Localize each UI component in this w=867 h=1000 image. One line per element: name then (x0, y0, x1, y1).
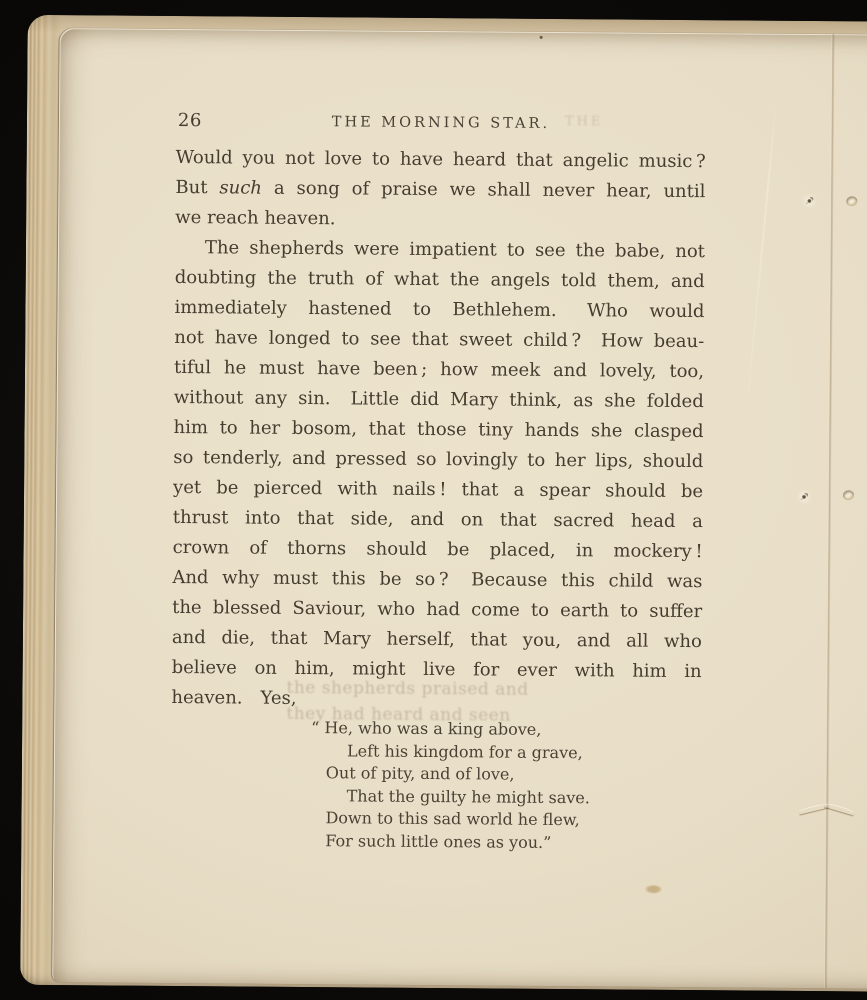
text-segment: a song of praise we shall never hear, un… (262, 178, 706, 202)
paper-dot (540, 36, 543, 39)
poem-line: “ He, who was a king above, (311, 717, 701, 743)
scanner-background: the shepherds praised and they had heard… (0, 0, 867, 1000)
poem-line: Down to this sad world he flew, (310, 807, 700, 833)
text-line: crown of thorns should be placed, in moc… (172, 533, 702, 567)
poem-line: For such little ones as you.” (310, 830, 700, 856)
text-line: doubting the truth of what the angels to… (175, 263, 705, 297)
running-title: THE MORNING STAR. (176, 111, 706, 135)
text-line: not have longed to see that sweet child … (174, 323, 704, 357)
paper-dimple (846, 196, 857, 206)
text-line: heaven. Yes, (171, 683, 701, 717)
text-segment: But (175, 177, 219, 198)
page-fold-crease (824, 34, 834, 988)
text-line: him to her bosom, that those tiny hands … (173, 413, 703, 447)
poem-line: That the guilty he might save. (311, 785, 701, 811)
page-header: 26 THE MORNING STAR. (176, 111, 706, 135)
poem-line: Out of pity, and of love, (311, 762, 701, 788)
body-text: Would you not love to have heard that an… (171, 143, 705, 717)
text-line: immediately hastened to Bethlehem. Who w… (174, 293, 704, 327)
text-line: yet be pierced with nails ! that a spear… (173, 473, 703, 507)
text-line: without any sin. Little did Mary think, … (174, 383, 704, 417)
paper-stain (645, 885, 662, 894)
italic-word: such (219, 177, 262, 198)
printed-content: 26 THE MORNING STAR. Would you not love … (170, 111, 706, 855)
paper-dimple (843, 490, 854, 500)
text-line: Would you not love to have heard that an… (176, 143, 706, 177)
text-line: And why must this be so ? Because this c… (172, 563, 702, 597)
page-surface: the shepherds praised and they had heard… (52, 28, 867, 989)
text-line: But such a song of praise we shall never… (175, 173, 705, 207)
text-line: and die, that Mary herself, that you, an… (172, 623, 702, 657)
text-line: thrust into that side, and on that sacre… (173, 503, 703, 537)
paper-scratch (747, 102, 776, 393)
paper-speck (806, 198, 812, 204)
poem-quotation: “ He, who was a king above,Left his king… (310, 717, 701, 855)
page-number: 26 (178, 111, 202, 131)
crease-tear-mark (799, 798, 853, 816)
text-line: The shepherds were impatient to see the … (175, 233, 705, 267)
paper-speck (801, 494, 807, 500)
text-line: tiful he must have been ; how meek and l… (174, 353, 704, 387)
poem-line: Left his kingdom for a grave, (311, 740, 701, 766)
text-line: believe on him, might live for ever with… (172, 653, 702, 687)
text-line: the blessed Saviour, who had come to ear… (172, 593, 702, 627)
book: the shepherds praised and they had heard… (0, 0, 867, 1000)
text-line: we reach heaven. (175, 203, 705, 237)
text-line: so tenderly, and pressed so lovingly to … (173, 443, 703, 477)
